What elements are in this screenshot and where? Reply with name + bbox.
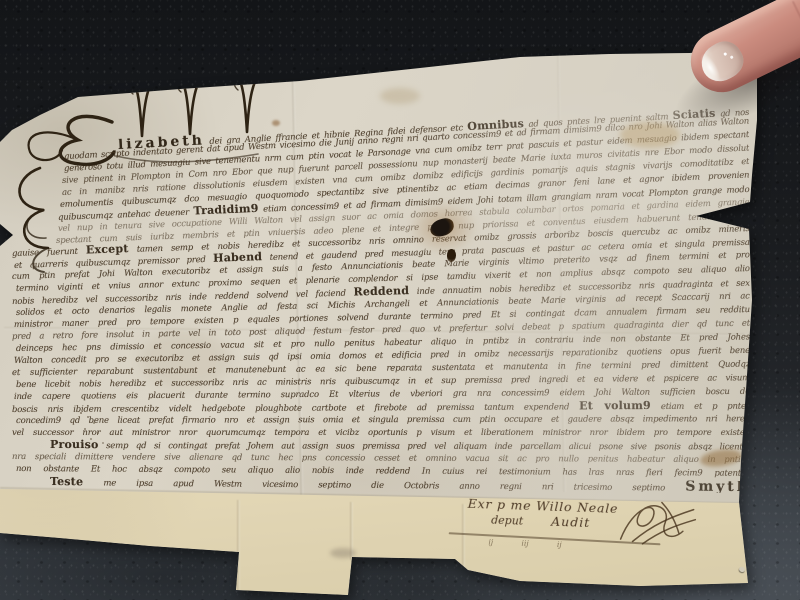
stain-top-right — [620, 122, 680, 148]
photo-of-parchment-deed: { "scene": { "subject": "Photograph of a… — [0, 0, 800, 600]
parchment-wrapper: lizabeth dei gra Anglie ffrancie et hibn… — [0, 0, 800, 600]
ink-speck-cluster — [80, 412, 82, 414]
script-line: vel successor nror aut ministror nror qu… — [12, 427, 750, 439]
script-line: concedim9 qd bene liceat prefat firmario… — [16, 413, 750, 427]
endorsement-tally-marks: ij iij ij — [488, 537, 562, 549]
parchment-deed: lizabeth dei gra Anglie ffrancie et hibn… — [0, 0, 800, 600]
plica-crease-1 — [237, 500, 240, 592]
knuckle-crease — [792, 1, 800, 41]
script-line: Prouiso semp qd si contingat prefat Johe… — [50, 439, 750, 452]
script-lines: lizabeth dei gra Anglie ffrancie et hibn… — [6, 139, 750, 487]
smudge-on-plica — [330, 548, 356, 558]
endorsement-block: Exr p me Willo Neale deput Audit ij iij … — [454, 491, 726, 562]
faint-stain-top — [380, 88, 420, 104]
endorsement-line-2: deput — [491, 514, 524, 528]
endorsement-line-1: Exr p me Willo Neale — [467, 496, 618, 516]
endorsement-line-3: Audit — [551, 514, 591, 530]
fingernail — [695, 35, 750, 88]
rust-fleck — [272, 120, 280, 126]
nail-free-edge-highlight — [697, 51, 724, 85]
nail-glint — [723, 52, 727, 56]
